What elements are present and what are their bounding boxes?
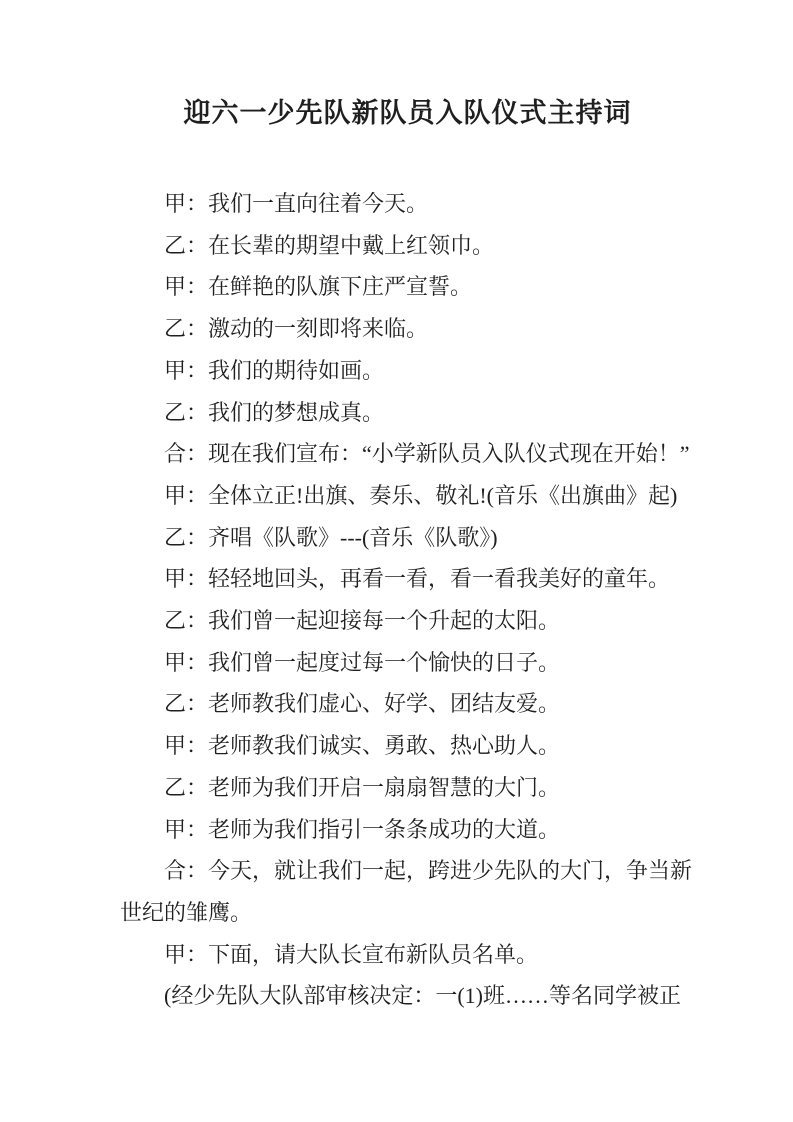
script-line: 乙：我们的梦想成真。 <box>120 392 700 434</box>
script-line: 合：今天，就让我们一起，跨进少先队的大门，争当新世纪的雏鹰。 <box>120 850 700 933</box>
script-line: 乙：在长辈的期望中戴上红领巾。 <box>120 225 700 267</box>
script-line: 乙：我们曾一起迎接每一个升起的太阳。 <box>120 600 700 642</box>
script-line: 甲：我们曾一起度过每一个愉快的日子。 <box>120 642 700 684</box>
script-line: 乙：激动的一刻即将来临。 <box>120 308 700 350</box>
script-line: 甲：轻轻地回头，再看一看，看一看我美好的童年。 <box>120 558 700 600</box>
script-line: 甲：我们一直向往着今天。 <box>120 183 700 225</box>
script-line: (经少先队大队部审核决定：一(1)班……等名同学被正 <box>120 975 700 1017</box>
script-line: 合：现在我们宣布：“小学新队员入队仪式现在开始！” <box>120 433 700 475</box>
document-body: 甲：我们一直向往着今天。乙：在长辈的期望中戴上红领巾。甲：在鲜艳的队旗下庄严宣誓… <box>120 183 700 1017</box>
script-line: 甲：老师为我们指引一条条成功的大道。 <box>120 809 700 851</box>
script-line: 甲：老师教我们诚实、勇敢、热心助人。 <box>120 725 700 767</box>
script-line: 乙：老师教我们虚心、好学、团结友爱。 <box>120 683 700 725</box>
script-line: 甲：全体立正!出旗、奏乐、敬礼!(音乐《出旗曲》起) <box>120 475 700 517</box>
script-line: 甲：我们的期待如画。 <box>120 350 700 392</box>
script-line: 乙：老师为我们开启一扇扇智慧的大门。 <box>120 767 700 809</box>
document-title: 迎六一少先队新队员入队仪式主持词 <box>120 92 695 134</box>
script-line: 乙：齐唱《队歌》---(音乐《队歌》) <box>120 517 700 559</box>
script-line: 甲：在鲜艳的队旗下庄严宣誓。 <box>120 266 700 308</box>
document-page: 迎六一少先队新队员入队仪式主持词 甲：我们一直向往着今天。乙：在长辈的期望中戴上… <box>0 0 793 1122</box>
script-line: 甲：下面，请大队长宣布新队员名单。 <box>120 934 700 976</box>
